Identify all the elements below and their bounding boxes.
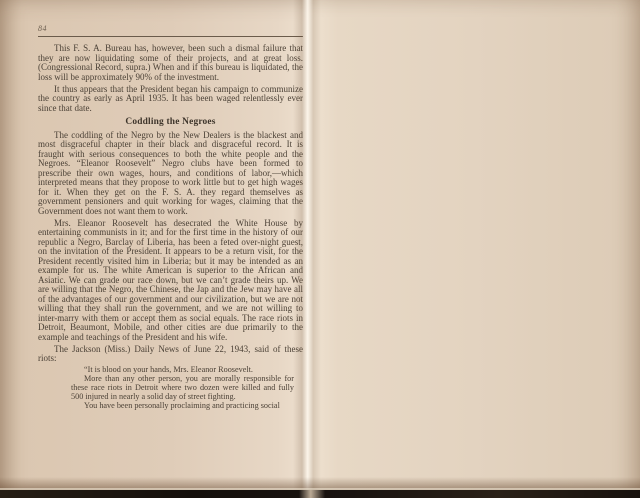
- page-left-header-rule: 84: [38, 24, 303, 37]
- paragraph-jackson-daily-news: The Jackson (Miss.) Daily News of June 2…: [38, 345, 303, 364]
- scan-edge-gutter-notch: [299, 490, 325, 498]
- quote-line: More than any other person, you are mora…: [71, 375, 294, 402]
- book-spread: 84 This F. S. A. Bureau has, however, be…: [0, 0, 640, 498]
- section-heading-coddling: Coddling the Negroes: [38, 117, 303, 127]
- quote-block-daily-news: “It is blood on your hands, Mrs. Eleanor…: [71, 366, 294, 411]
- page-left-content: 84 This F. S. A. Bureau has, however, be…: [38, 24, 303, 413]
- paragraph-communize-campaign: It thus appears that the President began…: [38, 85, 303, 114]
- page-right: 85 equality at the White House and where…: [308, 0, 640, 498]
- page-number-left: 84: [38, 24, 47, 33]
- paragraph-white-house: Mrs. Eleanor Roosevelt has desecrated th…: [38, 219, 303, 343]
- page-left: 84 This F. S. A. Bureau has, however, be…: [0, 0, 308, 498]
- paragraph-coddling: The coddling of the Negro by the New Dea…: [38, 131, 303, 217]
- paragraph-fsa-bureau: This F. S. A. Bureau has, however, been …: [38, 44, 303, 82]
- quote-line: You have been personally proclaiming and…: [71, 402, 294, 411]
